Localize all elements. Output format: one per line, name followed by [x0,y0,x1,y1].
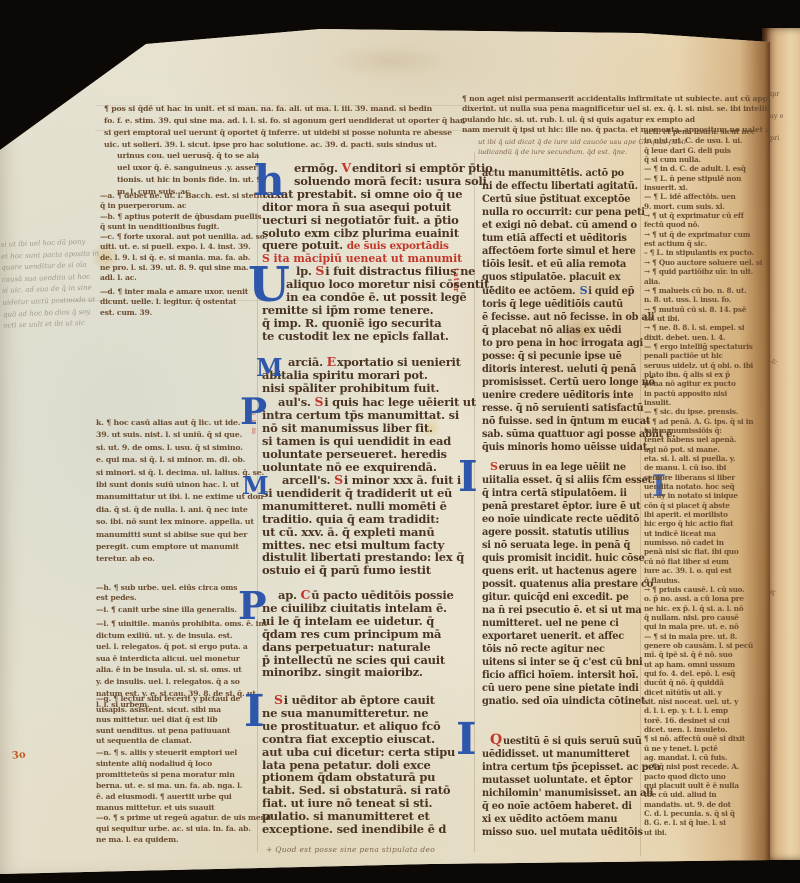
text-line: et exigi nō debat. cū amend o [482,219,642,232]
text-line: si tamen is qui uendidit in ead [262,435,474,448]
text-run: eruus in ea lege uēiit ne [499,462,626,473]
initial-i-blue: I [244,690,264,734]
text-line: ē fecisse. aut nō fecisse. in ob ali [482,311,642,324]
passage-lines: intra certum tp̄s manumittat. sinō sit m… [262,409,474,474]
text-run: i uēditor ab ēptore cauit [284,693,435,707]
text-line: 9. mort. cum suis. xl. [644,202,760,211]
col1-passage-marcianus: M arciā. Exportatio si uenierit abitalia… [262,356,474,395]
adjacent-page-text-fragment: ipr [770,90,779,98]
left-gloss-n: —n. ¶ s. aliis y steuerit emptori uelsin… [96,747,272,813]
passage-lines: abitalia spiritu morari pot.nisi spālite… [262,369,474,395]
col2-passage-one: actu manumittētis. actō poni de effectu … [482,167,642,454]
text-line: uoluntate perseueret. heredis [262,448,474,461]
text-run: uestitū ē si quis seruū suū [503,736,642,747]
initial-c-red: C [301,587,312,602]
text-line: de. l. 9. l. si q̄. e. si mania. ma. fa.… [100,253,264,263]
text-line: dicunt. uelle. l. legitur. q̄ ostentat [100,297,270,307]
text-line: ducūt q̄ nō. q̄ quiddā [644,678,760,687]
text-line: pacto quod dicto uno [644,772,760,781]
text-line: — ¶ si in mala pre. ut. 8. [644,632,760,641]
text-line: ut. ay in notato si inique [644,491,760,500]
text-line: possit. quatenus alia prestare co [482,578,642,591]
text-line: contra fiat exceptio eiuscat. [262,733,474,746]
text-line: dicet nītūtīs ut ali. y [644,688,760,697]
text-line: quis promisit incidit. huic cōse [482,552,642,565]
text-line: sab. sūma quattuor agi posse abiit ē. [482,428,642,441]
text-line: ut sequentia de clamat. [96,736,272,747]
parchment-page: 39 12 ¶ pos si q̄dē ut hac in unit. et s… [0,0,770,883]
text-line: q̄ eo noīe actōem haberet. di [482,800,642,813]
text-line: → ¶ mutuū cū si. 8. 14. psē [644,305,760,314]
text-line: q̄uis minoris homo uēisse uidat. [482,441,642,454]
author-abbrev: ap. [278,588,301,602]
text-line: uel uxor q̄. ē. sanguineus .y. asser [117,162,263,174]
text-line: ¶ pos si q̄dē ut hac in unit. et si man.… [104,103,472,115]
text-line: penali pactiōe ut hic [644,351,760,360]
initial-s-red: S [490,460,499,473]
text-line: quens erit. ut hactenus agere [482,565,642,578]
show-through-stain [330,44,450,78]
text-line: to pro pena in hoc irrogata agi [482,337,642,350]
text-line: ditoris interest. ueluti q̄ penā [482,363,642,376]
pencil-annotation: 39 12 [338,16,371,25]
text-line: octi se uult et ibi ut sic [3,317,103,332]
text-line: ne sua manumitteretur. ne [262,707,474,720]
text-line: ostuio ei q̄ parū fumo iestit [262,564,474,577]
text-line: eo noīe uindicate recte uēditō [482,513,642,526]
text-line: sit. nīsi noceat. uel. ut. y [644,697,760,706]
manuscript-photo: ipr ay e pri ·c̄· q· 39 12 ¶ pos si q̄dē… [0,0,800,883]
text-line: na n̄ rei psecutio ē. et si ut ma [482,604,642,617]
text-line: —o. ¶ s prime ut regeū agatur. de uis me… [96,812,276,823]
text-run: ū pacto uēditōis possie [311,588,453,602]
text-line: acti. et pena usura. sicut nec [644,127,760,136]
adjacent-page-text-fragment: q· [770,588,776,596]
text-line: cū uero pene sine pietate indi [482,682,642,695]
text-line: affectōem forte simul et here [482,245,642,258]
text-line: dia. q̄ si. q̄ de nulla. l. ani. q̄ nec … [96,504,268,516]
text-line: — ¶ L. idē affectōis. uen [644,192,760,201]
text-line: si nō seruata lege. in penā q̄ [482,539,642,552]
rubric-inline: de s̄uis exportādis [347,240,449,252]
passage-lines: si uendiderit q̄ tradiderit ut eūmanumit… [262,487,474,577]
initial-p-blue: P [238,587,266,625]
text-line: nichilomin' manumisisset. an ali [482,787,642,800]
text-line: cū nō fiat liber si eum [644,557,760,566]
text-line: → ¶ ut q̄ de exprimatur cum [644,230,760,239]
text-line: numisso. nō cadet in [644,538,760,547]
text-line: — ¶ ergo intellig̃ spectaturis [644,342,760,351]
text-line: in ea condōe ē. ut possit legē [262,291,474,304]
text-line: posse: q̄ si pecunie ipse uē [482,350,642,363]
text-line: ditor mora n̄ sua asequi potuit [262,201,474,214]
initial-s-red: S [274,692,284,707]
author-abbrev: arciā. [288,355,327,369]
text-line: alia. [644,277,760,286]
text-line: hic ergo q̄ hic actio fiat [644,519,760,528]
adjacent-page-text-fragment: ay e [770,112,783,120]
text-line: pulando hic. si. ut. rub. l. ul. q̄ si q… [462,115,762,125]
left-faded-note: si ut ibi uel hoc dā ponyet hoc sunt pac… [0,236,103,332]
text-line: q̄ placebat nō alias ex uēdi [482,324,642,337]
initial-i-blue: I [458,456,477,498]
text-line: insuerit. xi. [644,183,760,192]
text-line: traditio. quia q̄ eam tradidit: [262,513,474,526]
initial-s-blue-inline: S [579,284,589,297]
text-line: teretur. ab eo. [96,553,268,565]
margin-entry-d: —d. ¶ inter mala e amare uxor. uenitdicu… [100,287,270,318]
text-line: dans perpetuatur: naturale [262,641,474,654]
text-line: sintente aliq̄ nodaliud q̄ loco [96,758,272,769]
text-line: tionis. ut hic in bonis fide. in. ut. 9. [117,174,263,186]
text-line: – ¶ L. in stipulantis ex pucto. [644,248,760,257]
text-line: Certū siue p̄stituat exceptōe [482,193,642,206]
initial-s-red: S [315,263,325,278]
text-line: ne pro. l. si. 39. ut. 8. 9. qui sine ma… [100,263,264,273]
ink-smudge [734,12,768,24]
text-line: gitur. quicq̄d eni excedit. pe [482,591,642,604]
col2-passage-quaesitum: I Questitū ē si quis seruū suū uēdidisse… [482,734,642,839]
text-line: qui in mala pre. ut. e. nō [644,622,760,631]
text-line: ¶ si nō. affectū ouē si dixit [644,734,760,743]
passage-lines: actu manumittētis. actō poni de effectu … [482,167,642,284]
text-line: alia. ē in be insula. ul. si. si. oms. u… [96,664,272,676]
text-line: misso suo. uel mutata uēditōis [482,826,642,839]
text-line: → ¶ ut q̄ exprimatur cū eff [644,211,760,220]
margin-entry-b: —b. ¶ aptius poterit de q̄busdam puellis… [100,212,264,233]
text-line: → ¶ priuis causē. l. cū suo. [644,585,760,594]
text-line: quos stipulatōe. placuit ex [482,271,642,284]
text-line: uendita notato. hoc seq̄ [644,482,760,491]
author-abbrev: lp. [296,264,315,278]
text-line: d. l. i. ep. y. t. i. l. emp [644,706,760,715]
initial-s-red: S [314,394,324,409]
text-line: qui sequitur urbe. ac. si uia. in. fa. a… [96,823,276,834]
adjacent-page-text-fragment: ·c̄· [770,358,778,366]
text-line: tali manumissiōis q̄: [644,426,760,435]
passage-lines: ne ciuilibz ciuitatis intelam ē.ui le q̄… [262,602,474,679]
text-line: nisi spāliter prohibitum fuit. [262,382,474,395]
text-line: uel. l. relegatos. q̄ pot. si ergo puta.… [96,641,272,653]
text-line: urinus cou. uel uerusq̄. q̄ to se ala [117,150,263,162]
text-line: uiitalia esset. q̄ si aliis fc̄m esset. [482,474,642,487]
text-line: → ¶ ad penā. A. G. ips. q̄ si in [644,417,760,426]
initial-m-blue: M [256,356,282,380]
text-line: C. d. l. pecunia. s. q̄ si q̄ [644,809,760,818]
text-line: q̄ nullam. nisi. pro causē [644,613,760,622]
text-line: gnatio. sed oīa uindicta cōtinet. [482,695,642,708]
text-line: uitens si inter se q̄ c'est cū bni [482,656,642,669]
text-line: e. qui ma. si q̄. l. si minor. m. dl. ob… [96,454,268,466]
text-line: de manu. l. cū iso. ibi [644,463,760,472]
left-gloss-o: —o. ¶ s prime ut regeū agatur. de uis me… [96,812,276,845]
text-line: n. 8. ut. uss. l. insu. fo. [644,295,760,304]
text-line: penā prestaret ēptor. iure ē ut [482,500,642,513]
text-line: dicet. uen. l. insuleto. [644,725,760,734]
text-line: qui fo. 4. del. epō. l. esq̄ [644,669,760,678]
text-line: est. cum. 39. [100,308,270,318]
initial-s-red: S [334,472,344,487]
text-line: cōn q̄ si placet q̄ abste [644,501,760,510]
col1-passage-papinianus: P ap. Cū pacto uēditōis possie ne ciuili… [262,589,474,679]
text-line: plato ibn. q̄ alis si ex p̄ [644,370,760,379]
text-line: numitteret. uel ne pene ci [482,617,642,630]
adjacent-page-text-fragment: pri [770,134,779,142]
text-line: in nisi. ut. C. de usu. l. ui. [644,136,760,145]
top-gloss-main: ¶ pos si q̄dē ut hac in unit. et si man.… [104,103,472,151]
text-run: uēdito ee actōem. [482,286,579,297]
text-line: seniore liberans si liber [644,473,760,482]
passage-lines: soluendo morā fecit: usura solitaxat pre… [262,175,474,240]
initial-p-blue: P [240,394,267,430]
text-line: peregit. cum emptore ut manumit [96,541,268,553]
text-line: uoluntate nō ee exquirendā. [262,461,474,474]
text-line: ne ciuilibz ciuitatis intelam ē. [262,602,474,615]
passage-lines: uiitalia esset. q̄ si aliis fc̄m esset.q… [482,474,642,708]
text-line: taxat prestabit. si omne oio q̄ ue [262,188,474,201]
text-line: agi nō pot. si mane. [644,445,760,454]
text-line: uic. ut solieri. 39. l. sicut. ipse pro … [104,139,472,151]
text-line: —c. ¶ forte uxoral. aut pot uenilia. ad.… [100,232,264,242]
author-abbrev: ermōg. [294,161,342,175]
text-line: genere ob causām. l. si pecū [644,641,760,650]
passage-lines: toris q̄ lege uēditiōis cautūē fecisse. … [482,298,642,454]
text-line: uiti. ut. e. si puell. expo. l. 4. inst.… [100,242,264,252]
text-line: tōe cū uid. aliud in [644,790,760,799]
text-line: o. p̄ no. assi. a cū lona pre [644,594,760,603]
text-line: seruus uidelz. ut q̄ obi. o. ibi [644,361,760,370]
right-gloss-column: acti. et pena usura. sicut necin nisi. u… [644,127,760,837]
text-line: q̄ imp. R. quoniē igo securita [262,317,474,330]
text-line: q̄dam res cum principum mā [262,628,474,641]
text-line: ut cū. xxv. ā. q̄ expleti manū [262,526,474,539]
cursive-annotation: + Quod est posse sine pena stipulata deo [266,845,435,854]
text-line: sua ē interdicta alicui. uel monetur [96,653,272,665]
text-line: est actium q̄ sic. [644,239,760,248]
text-line: ū ne y tenet. l. pctē [644,744,760,753]
text-line: aliquo loco moretur nisi cōsentit. [262,278,474,291]
text-line: dictum exiliū. ut. y. de insula. est. [96,630,272,642]
text-run: i fuit distractus filius ne [325,264,475,278]
initial-u-blue: U [248,261,290,309]
text-line: → ¶ malueis cū bo. n. 8. ut. [644,286,760,295]
text-line: torē. 16. desinet si cui [644,716,760,725]
text-line: aut uba cui dicetur: certa stipu [262,746,474,759]
text-line: tenet habens uel apenā. [644,435,760,444]
initial-e-red: E [327,354,337,369]
initial-h-blue: h [254,160,284,202]
col1-passage-hermogenianus: h ermōg. Venditori si emptōr p̄tio solue… [262,162,474,253]
text-line: exportaret uenerit. et affec [482,630,642,643]
text-line: —n. ¶ s. aliis y steuerit emptori uel [96,747,272,758]
text-line: —b. ¶ aptius poterit de q̄busdam puellis [100,212,264,222]
text-line: te custodit lex ne epīcls fallat. [262,330,474,343]
col1-passage-paulus: P aul's. Si quis hac lege uēierit ut int… [262,396,474,473]
text-line: ni de effectu libertati agitatū. [482,180,642,193]
text-line: → ¶ Quo auctore soluere uel. si [644,258,760,267]
initial-m-blue: M [242,474,268,498]
text-line: dixerint. ut nulla sua pena magnificetur… [462,104,762,114]
text-line: ¶ non aget nisi permanserit accidentalis… [462,94,762,104]
text-line: 8. G. e. l. si q̄ lue. l. si [644,818,760,827]
text-line: tōis nō recte agitur nec [482,643,642,656]
text-line: → ¶ quid partiōibz uīr. in ult. [644,267,760,276]
text-run: i quid ep̄ [588,286,634,297]
col1-passage-si-venditor: I Si uēditor ab ēptore cauit ne sua manu… [262,694,474,836]
text-line: dixit. debet. uen. l. 4. [644,333,760,342]
text-line: mutasset uoluntate. et ēptor [482,774,642,787]
text-line: exceptione. sed inendibile ē d [262,823,474,836]
text-line: q̄ flauius. [644,576,760,585]
folio-mark: 3o [11,749,26,761]
text-line: actu manumittētis. actō po [482,167,642,180]
text-line: nulla ro occurrit: cur pena peti [482,206,642,219]
text-line: remitte si ip̄m rome tenere. [262,304,474,317]
passage-lines: ne sua manumitteretur. neue prostituatur… [262,707,474,836]
passage-lines: uēdidisset. ut manumitteretintra certum … [482,748,642,839]
text-line: ui le q̄ intelam ee uidetur. q̄ [262,615,474,628]
text-line: uecturi si negotiatōr fuit. a p̄tio [262,214,474,227]
text-line: insulit. [644,398,760,407]
text-line: iure ac. 39. l. o. qui est [644,566,760,575]
text-line: → ¶ ne. 8. 8. l. si. empel. si [644,323,760,332]
text-line: minoribz. singit maioribz. [262,666,474,679]
text-line: soluendo morā fecit: usura soli [262,175,474,188]
text-line: → ¶ q̄ nisi post recede. A. [644,762,760,771]
text-line: ut ibi. [644,828,760,837]
passage-lines: aliquo loco moretur nisi cōsentit.in ea … [262,278,474,343]
text-line: ut indicē liceat ma [644,529,760,538]
text-line: uēdidisset. ut manumitteret [482,748,642,761]
margin-entry-c: —c. ¶ forte uxoral. aut pot uenilia. ad.… [100,232,264,283]
text-line: si. ut. 9. de oms. l. usu. q̄ si simino. [96,442,268,454]
text-line: intra certum tp̄s p̄cepisset. ac pea [482,761,642,774]
text-line: — ¶ in d. C. de adult. l. esq̄ [644,164,760,173]
text-line: ficio affici hoīem. intersit hoī. [482,669,642,682]
text-line: so. ibi. nō sunt lex minore. appella. ut [96,516,268,528]
margin-entry-a: —a. ¶ debet ne. ut. l. Bacch. est. si st… [100,191,264,212]
text-line: promisisset. Certū uero longe nō [482,376,642,389]
text-line: qui placuit uult ē ē nulla [644,781,760,790]
text-line: fectū quod nō. [644,220,760,229]
text-line: si uendiderit q̄ tradiderit ut eū [262,487,474,500]
text-line: in pactū apposito nisi [644,389,760,398]
text-line: ut ap ham. omni ussum [644,660,760,669]
initial-i-blue: I [456,718,476,762]
text-line: mandatis. ut. 9. de dot [644,800,760,809]
text-line: so. ut ibi. [644,314,760,323]
text-line: tiōis lesit. et eū alia remota [482,258,642,271]
text-line: manumitteret. nulli momēti ē [262,500,474,513]
text-line: intra certum tp̄s manumittat. si [262,409,474,422]
text-line: berna. ut. e. si ma. un. fa. ab. nga. l. [96,780,272,791]
text-line: ne hic. ex p̄. l. q̄ si. a. l. nō [644,604,760,613]
text-line: resse. q̄ nō seruienti satisfactū [482,402,642,415]
text-line: agere possit. statutis utilius [482,526,642,539]
text-line: xi ex uēdito actōem manu [482,813,642,826]
text-line: eta. si. l. ali. si puella. y. [644,454,760,463]
author-abbrev: aul's. [278,395,314,409]
text-line: ne ma. l. ea quidem. [96,834,276,845]
text-line: q̄ si cum nulla. [644,155,760,164]
text-line: si geri emptoral uel uerunt q̄ oportet q… [104,127,472,139]
text-run: quere potuit. [262,238,343,252]
text-line: promitteteūs si pena moratur min [96,769,272,780]
text-line: nō fuisse. sed in q̄ntum m eucat [482,415,642,428]
text-run: i quis hac lege uēierit ut [324,395,476,409]
text-line: fo. f. e. stim. 39. qui sine ma. ad. l. … [104,115,472,127]
text-run: xportatio si uenierit [337,355,461,369]
text-line: tum etiā affecti et uēditoris [482,232,642,245]
text-line: ue prostituatur. et aliquo fcō [262,720,474,733]
text-line: pena nō agitur ex pucto [644,379,760,388]
initial-v-red: V [342,160,352,175]
text-line: nō sit manumissus liber fit. [262,422,474,435]
text-line: — ¶ sic. du ipse. prensis. [644,407,760,416]
text-run: i minor xxx ā. fuit i [344,473,461,487]
col1-passage-ulpianus: U lp. Si fuit distractus filius ne aliqu… [262,265,474,342]
text-line: —a. ¶ debet ne. ut. l. Bacch. est. si st… [100,191,264,201]
text-line: manumitti sunt si abiise sue qui ber [96,529,268,541]
initial-q-red: Q [490,732,503,748]
col2-passage-servus: I Seruus in ea lege uēiit ne uiitalia es… [482,460,642,708]
text-line: adl. l. ac. [100,273,264,283]
text-run: enditori si emptōr p̄tio [352,161,493,175]
text-line: q̄ leue dari G. deli puis [644,146,760,155]
text-line: q̄ intra certā stipulatōem. ii [482,487,642,500]
text-line: mī. q̄ ipē si. q̄ ē nō. suo [644,650,760,659]
text-line: uenire credere uēditoris inte [482,389,642,402]
text-line: q̄ in puerperorum. ac [100,201,264,211]
text-line: ē. ad eiusmodi. ¶ auertit urbe qui [96,791,272,802]
text-line: penā nisi sic fiat. ibi quo [644,547,760,556]
col1-passage-marcellus: M arcell's. Si minor xxx ā. fuit i si ue… [262,474,474,577]
author-abbrev: arcell's. [282,473,334,487]
text-line: abitalia spiritu morari pot. [262,369,474,382]
text-line: toris q̄ lege uēditiōis cautū [482,298,642,311]
text-line: — ¶ L. n̄ pene stipulē non [644,174,760,183]
text-line: ibi aperit. ei morilisto [644,510,760,519]
text-line: —d. ¶ inter mala e amare uxor. uenit [100,287,270,297]
text-line: ag. mandat. l. cū fuis. [644,753,760,762]
